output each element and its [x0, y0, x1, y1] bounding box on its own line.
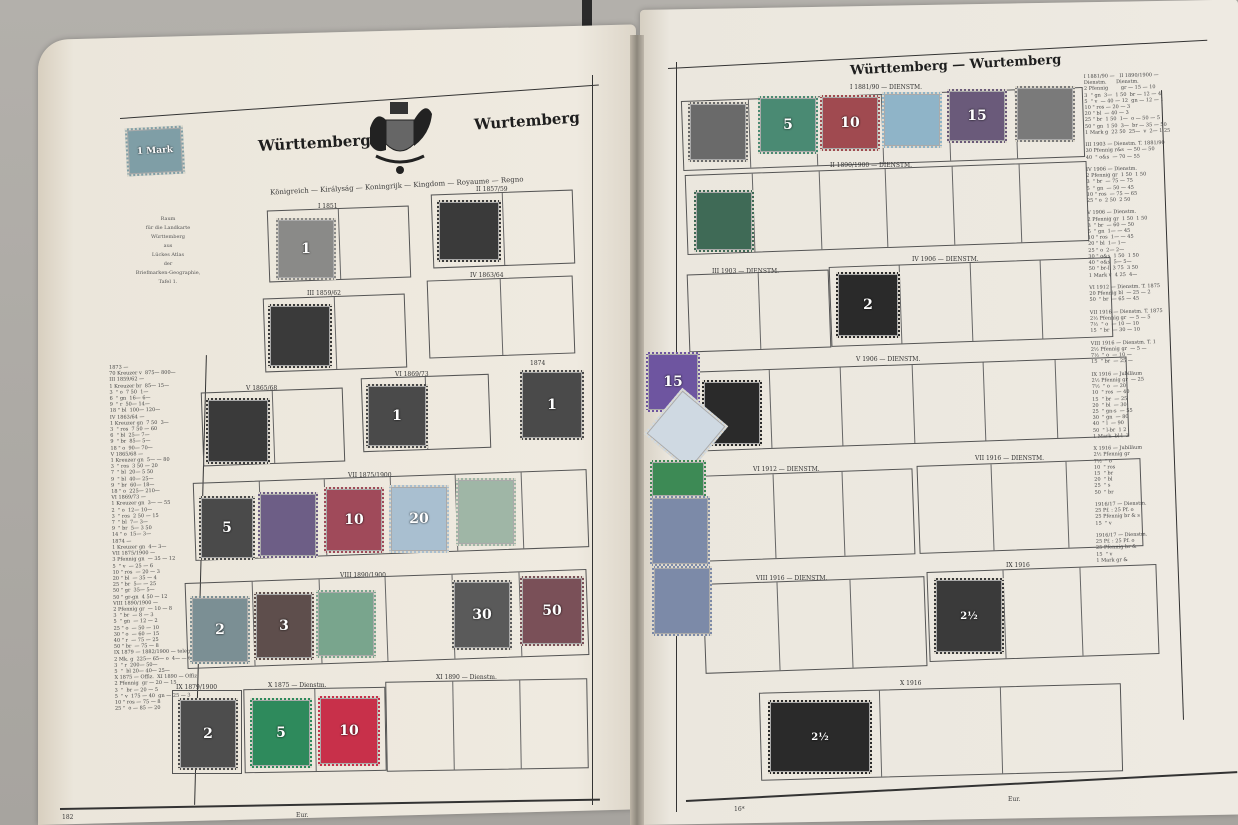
map-placeholder-note: Raum für die Landkarte Württemberg aus L… — [112, 215, 224, 287]
note-line: Württemberg — [112, 233, 224, 242]
stamp-IX-1: 2 — [178, 698, 238, 770]
stamp-III-1 — [268, 304, 332, 368]
note-line: der — [112, 260, 224, 269]
stamp-frame-R-VIII — [702, 576, 927, 674]
section-label: 1874 — [530, 360, 545, 367]
stamp-VII-3: 10 — [324, 487, 384, 553]
note-line: Tafel 1. — [112, 278, 224, 287]
right-price-list: I 1881/90 — II 1890/1900 —Dienstm. Diens… — [1084, 70, 1238, 564]
stamp-VIII-2: 3 — [254, 592, 314, 660]
right-page-number: 16* — [734, 806, 745, 813]
stamp-X-2: 10 — [318, 696, 380, 766]
stamp-II-1 — [437, 200, 501, 262]
stamp-VIII-3 — [316, 590, 376, 658]
section-label: X 1916 — [900, 680, 921, 687]
stamp-frame-R-VI — [703, 468, 916, 561]
stamp-V-1 — [206, 398, 270, 464]
note-line: Lückes Atlas — [112, 251, 224, 260]
stamp-R-I-1 — [688, 102, 748, 162]
coat-of-arms-icon — [360, 98, 440, 178]
stamp-1874-1: 1 — [520, 370, 584, 440]
stamp-R-I-6 — [1015, 86, 1075, 142]
stamp-R-I-4 — [882, 92, 942, 148]
stamp-1-mark: 1 Mark — [125, 126, 185, 177]
stamp-X-1: 5 — [250, 698, 312, 768]
stamp-frame-R-III — [687, 270, 832, 353]
stamp-frame-XI — [385, 678, 589, 772]
stamp-R-II-1 — [694, 190, 754, 252]
stamp-VIII-1: 2 — [190, 596, 250, 664]
stamp-R-I-2: 5 — [758, 96, 818, 154]
note-line: aus — [112, 242, 224, 251]
stamp-VI-1: 1 — [366, 384, 428, 448]
stamp-VIII-5: 50 — [520, 576, 584, 646]
section-label: V 1906 — DIENSTM. — [856, 356, 920, 363]
stamp-R-I-3: 10 — [820, 95, 880, 151]
loose-stamp-5 — [652, 566, 712, 636]
stamp-frame-IV — [427, 275, 576, 358]
stamp-R-I-5: 15 — [947, 89, 1007, 143]
book-gutter — [630, 35, 644, 825]
loose-stamp-4 — [650, 496, 710, 566]
stamp-VII-4: 20 — [389, 485, 449, 553]
loose-stamp-3 — [650, 460, 706, 498]
stamp-R-IV-1: 2 — [836, 272, 900, 338]
stamp-VII-2 — [258, 492, 318, 558]
stamp-R-IX-1: 2½ — [934, 578, 1004, 654]
stamp-I-1: 1 — [276, 218, 336, 280]
stamp-VIII-4: 30 — [452, 580, 512, 650]
note-line: Briefmarken-Geographie, — [112, 269, 224, 278]
stamp-VII-5 — [456, 478, 516, 546]
note-line: Raum — [112, 215, 224, 224]
stamp-VII-1: 5 — [199, 496, 255, 560]
section-label: I 1881/90 — DIENSTM. — [850, 84, 922, 91]
note-line: für die Landkarte — [112, 224, 224, 233]
left-page-number: 182 — [62, 814, 73, 821]
left-right-rule — [592, 75, 593, 805]
left-footer-mark: Eur. — [296, 812, 308, 819]
stamp-R-X-1: 2½ — [768, 700, 872, 774]
right-footer-mark: Eur. — [1008, 796, 1020, 803]
